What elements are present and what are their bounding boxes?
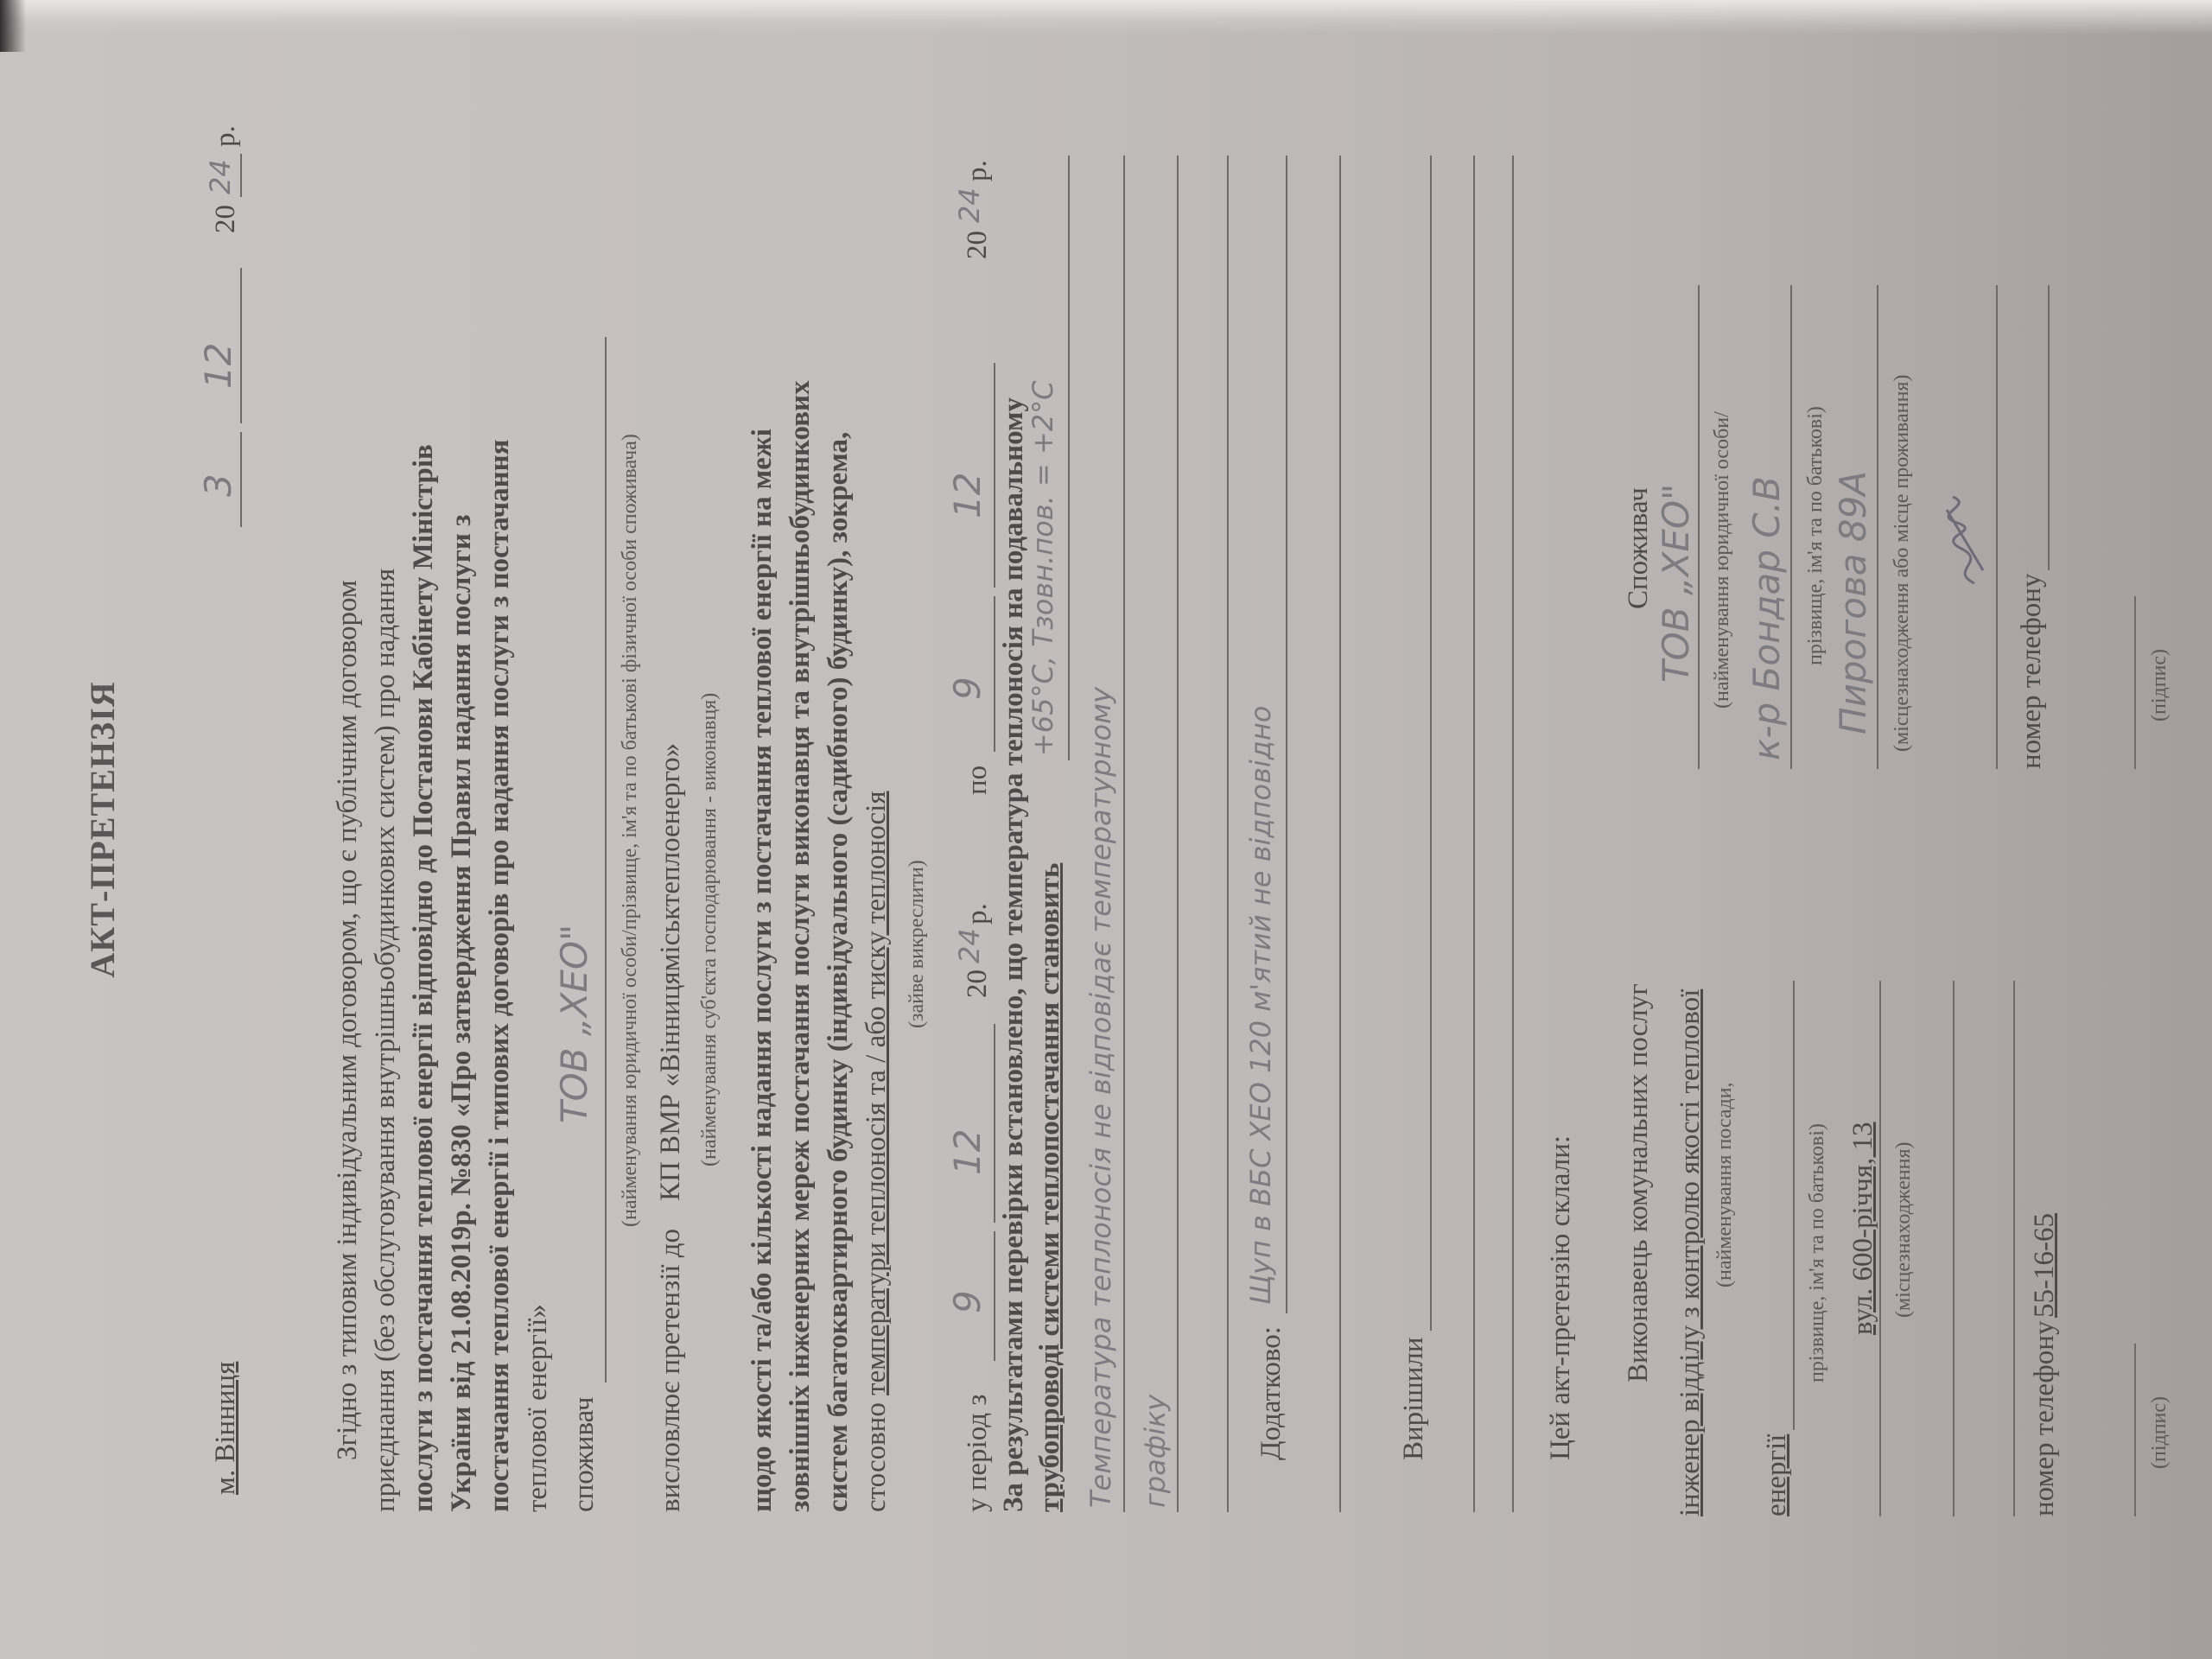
period-from-year-prefix: 20 [959,969,995,998]
executor-position-cont: енергії [1758,1434,1795,1516]
period-to-month: 12 [946,473,988,518]
findings-handwritten-line-1: Температура теплоносія не відповідає тем… [1084,687,1117,1508]
additional-line [1339,156,1341,1512]
executor-extra-line [2013,981,2015,1516]
intro-line: теплової енергії» [518,199,556,1512]
intro-line: Згідно з типовим індивідуальним договоро… [328,199,366,1512]
consumer-caption: (найменування юридичної особи/прізвище, … [612,434,648,1227]
claim-to-label: висловлює претензії до [652,1229,689,1512]
decided-label: Вирішили [1395,1337,1432,1460]
executor-extra-line [1953,981,1955,1516]
consumer-address-line [1877,285,1878,769]
period-from-month: 12 [946,1129,988,1175]
date-year-suffix: 24 [204,159,237,194]
quality-line: систем багатоквартирного будинку (індиві… [819,199,857,1512]
findings-line [1227,156,1229,1512]
consumer-label: споживач [566,1396,602,1512]
period-to-year-suffix: 24 [953,188,986,223]
intro-paragraph: Згідно з типовим індивідуальним договоро… [328,199,556,1512]
period-from-suffix: р. [959,903,995,925]
regarding-value: температури теплоносія та / або тиску те… [861,791,892,1395]
date-suffix: р. [207,125,244,147]
executor-phone: 55-16-65 [2026,1213,2063,1318]
city: м. Вінниця [207,1362,244,1495]
consumer-value: ТОВ „ХЕО" [553,925,595,1123]
date-day-line [240,432,242,527]
consumer-heading: Споживач [1620,487,1656,609]
period-to-suffix: р. [959,160,995,181]
findings-line [1177,156,1179,1512]
consumer-signature-line [1996,285,1998,769]
quality-line: зовнішніх інженерних мереж постачання по… [781,199,819,1512]
consumer-phone-line [2048,285,2050,570]
period-to-year-prefix: 20 [959,231,995,259]
consumer-signature-scribble [1940,493,1992,588]
findings-line-2: трубопроводі системи теплопостачання ста… [1032,863,1068,1512]
consumer-address: Пирогова 89А [1832,471,1874,734]
executor-name-line [1793,981,1795,1430]
executor-position-caption: (найменування посади, [1707,1082,1743,1287]
date-month-line [240,268,242,423]
consumer-name-line [1790,285,1792,769]
period-to-day: 9 [946,677,988,700]
intro-line: приєднання (без обслуговування внутрішнь… [366,199,404,1512]
additional-label: Додатково: [1253,1326,1289,1460]
findings-handwritten-line-2: графіку [1139,1395,1172,1508]
date-year-line [240,154,242,197]
additional-line [1286,156,1287,1313]
consumer-line [605,337,607,1382]
act-claim-form: АКТ-ПРЕТЕНЗІЯ м. Вінниця 3 12 20 24 р. З… [0,0,2212,1659]
regarding-caption: (зайве викреслити) [899,860,935,1028]
date-day: 3 [197,474,239,497]
date-year-prefix: 20 [207,205,244,233]
consumer-org: ТОВ „ХЕО" [1655,484,1697,683]
claim-to-value: КП ВМР «Вінницяміськтеплоенерго» [652,743,689,1201]
consumer-signature-caption: (підпис) [2141,649,2177,721]
quality-line: щодо якості та/або кількості надання пос… [743,199,781,1512]
consumer-address-caption: (місцезнаходження або місце проживання) [1884,375,1920,752]
executor-address-caption: (місцезнаходження) [1885,1141,1922,1318]
consumer-phone-label: номер телефону [2013,574,2050,769]
findings-value-line [1068,156,1070,760]
consumer-name-caption: прізвище, ім'я та по батькові) [1797,406,1834,665]
consumer-name: к-р Бондар С.В [1745,476,1788,760]
decided-line [1473,156,1475,1512]
executor-name-caption: прізвище, ім'я та по батькові) [1799,1123,1835,1382]
decided-line [1512,156,1514,1512]
period-from-year-suffix: 24 [953,928,986,963]
intro-line: України від 21.08.2019р. №830 «Про затве… [442,199,480,1512]
executor-signature-line [2134,1344,2136,1516]
findings-handwritten-value: +65°C, Tзовн.пов. = +2°C [1027,380,1059,756]
intro-line: послуги з постачання теплової енергії ві… [404,199,442,1512]
date-month: 12 [197,343,239,389]
intro-line: постачання теплової енергії і типових до… [480,199,518,1512]
document-title: АКТ-ПРЕТЕНЗІЯ [82,0,123,1659]
consumer-org-caption: (найменування юридичної особи/ [1704,411,1740,709]
findings-line [1123,156,1125,1512]
executor-position: інженер відділу з контролю якості теплов… [1672,989,1708,1516]
executor-address: вул. 600-річчя, 13 [1845,1122,1881,1335]
regarding-prefix: стосовно [861,1402,892,1512]
executor-phone-label: номер телефону [2026,1321,2063,1516]
period-from-day: 9 [946,1290,988,1313]
decided-line [1430,156,1432,1331]
executor-signature-caption: (підпис) [2141,1396,2177,1469]
quality-paragraph: щодо якості та/або кількості надання пос… [743,199,895,1512]
compiled-label: Цей акт-претензію склали: [1542,1135,1579,1460]
additional-value: Щуп в ВБС ХЕО 120 м'ятий не відповідно [1244,706,1277,1305]
period-prefix: у період з [959,1395,995,1512]
period-to-label: по [959,766,995,795]
executor-heading: Виконавець комунальних послуг [1620,983,1656,1382]
consumer-sign-line [2134,596,2136,769]
claim-to-caption: (найменування суб'єкта господарювання - … [691,693,728,1166]
consumer-org-line [1698,285,1700,769]
